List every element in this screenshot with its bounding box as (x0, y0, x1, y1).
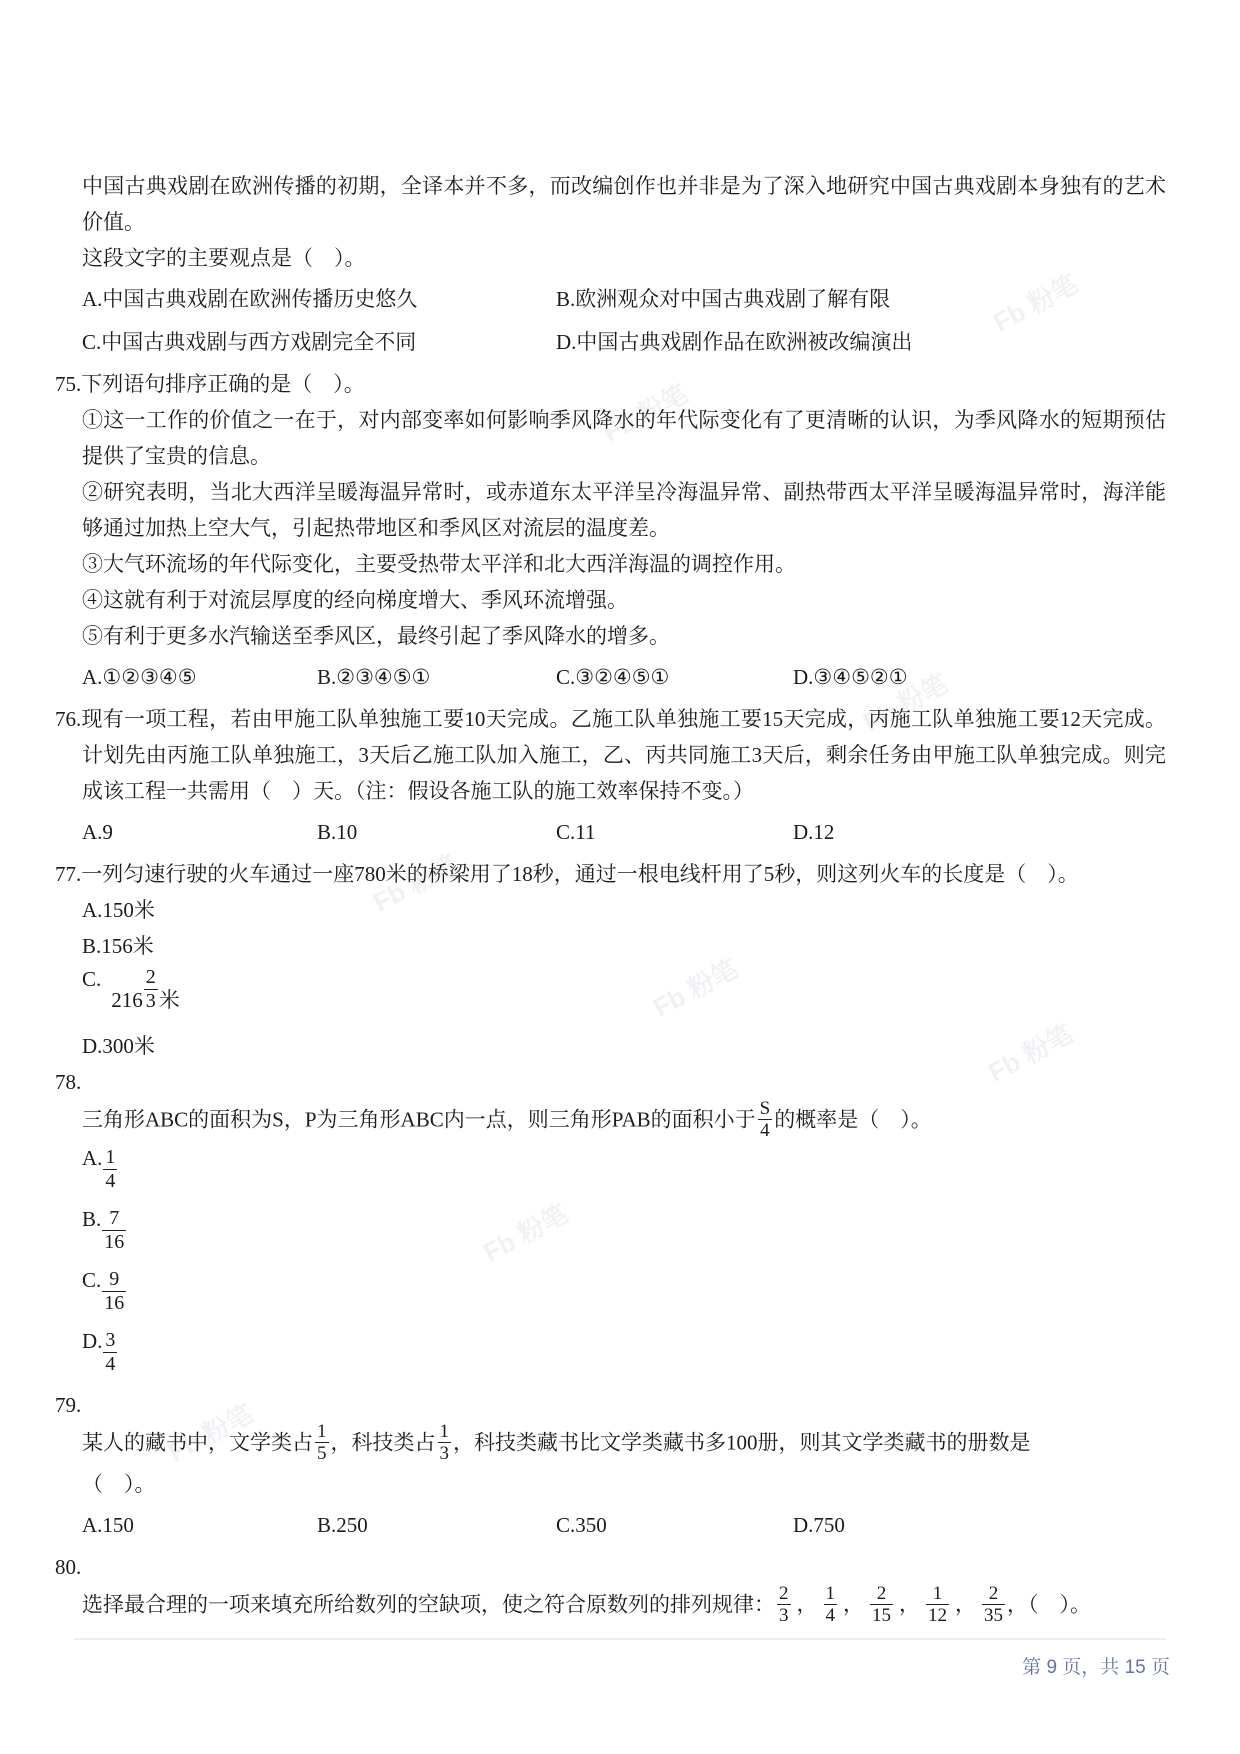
question-75-item-5: ⑤有利于更多水汽输送至季风区，最终引起了季风降水的增多。 (82, 618, 1166, 654)
fraction: 15 (315, 1421, 329, 1464)
question-75-item-2: ②研究表明，当北大西洋呈暖海温异常时，或赤道东太平洋呈冷海温异常、副热带西太平洋… (82, 474, 1166, 546)
fraction: 916 (102, 1268, 126, 1315)
question-74-stem: 中国古典戏剧在欧洲传播的初期，全译本并不多，而改编创作也并非是为了深入地研究中国… (82, 168, 1166, 240)
fraction: 14 (103, 1146, 117, 1193)
fraction: 23 (144, 966, 158, 1013)
question-75: 75.下列语句排序正确的是（ ）。 ①这一工作的价值之一在于，对内部变率如何影响… (55, 366, 1166, 701)
fraction: 14 (824, 1583, 838, 1626)
fraction: 716 (102, 1207, 126, 1254)
option-76-a: A.9 (82, 814, 317, 850)
question-77-number: 77. (55, 862, 81, 886)
option-78-d: D.34 (82, 1326, 1166, 1387)
option-76-d: D.12 (793, 814, 1166, 850)
question-79-blank: （ ）。 (82, 1466, 1166, 1502)
fraction: 23 (777, 1583, 791, 1626)
option-77-b: B.156米 (82, 928, 1166, 964)
question-74-options: A.中国古典戏剧在欧洲传播历史悠久 B.欧洲观众对中国古典戏剧了解有限 C.中国… (82, 276, 1166, 366)
option-77-d: D.300米 (82, 1028, 1166, 1064)
footer-divider (74, 1638, 1166, 1640)
document-page: Fb 粉笔 Fb 粉笔 Fb 粉笔 Fb 粉笔 Fb 粉笔 Fb 粉笔 Fb 粉… (0, 0, 1240, 1754)
option-79-b: B.250 (317, 1507, 556, 1543)
question-76: 76.现有一项工程，若由甲施工队单独施工要10天完成。乙施工队单独施工要15天完… (55, 701, 1166, 856)
option-79-d: D.750 (793, 1507, 1166, 1543)
question-78-number: 78. (55, 1064, 1166, 1100)
option-74-b: B.欧洲观众对中国古典戏剧了解有限 (556, 281, 1166, 317)
option-74-c: C.中国古典戏剧与西方戏剧完全不同 (82, 324, 556, 360)
option-78-a: A.14 (82, 1143, 1166, 1204)
fraction: S4 (758, 1098, 773, 1141)
question-75-number: 75. (55, 372, 81, 396)
option-78-b: B.716 (82, 1204, 1166, 1265)
question-80: 80. 选择最合理的一项来填充所给数列的空缺项，使之符合原数列的排列规律：23，… (55, 1549, 1166, 1628)
option-78-c: C.916 (82, 1265, 1166, 1326)
option-77-c: C. 21623米 (82, 964, 1166, 1028)
fraction: 112 (926, 1583, 949, 1626)
question-76-options: A.9 B.10 C.11 D.12 (82, 809, 1166, 856)
option-75-b: B.②③④⑤① (317, 659, 556, 695)
option-75-d: D.③④⑤②① (793, 659, 1166, 695)
question-75-item-3: ③大气环流场的年代际变化，主要受热带太平洋和北大西洋海温的调控作用。 (82, 546, 1166, 582)
page-number: 第 9 页，共 15 页 (1022, 1656, 1170, 1680)
option-75-c: C.③②④⑤① (556, 659, 793, 695)
question-75-options: A.①②③④⑤ B.②③④⑤① C.③②④⑤① D.③④⑤②① (82, 654, 1166, 701)
fraction: 13 (438, 1421, 452, 1464)
option-79-c: C.350 (556, 1507, 793, 1543)
option-74-d: D.中国古典戏剧作品在欧洲被改编演出 (556, 324, 1166, 360)
question-79-number: 79. (55, 1387, 1166, 1423)
question-74: 中国古典戏剧在欧洲传播的初期，全译本并不多，而改编创作也并非是为了深入地研究中国… (55, 168, 1166, 366)
question-79: 79. 某人的藏书中，文学类占15，科技类占13，科技类藏书比文学类藏书多100… (55, 1387, 1166, 1549)
question-76-number: 76. (55, 707, 81, 731)
question-78: 78. 三角形ABC的面积为S，P为三角形ABC内一点，则三角形PAB的面积小于… (55, 1064, 1166, 1387)
question-79-options: A.150 B.250 C.350 D.750 (82, 1502, 1166, 1549)
question-75-item-1: ①这一工作的价值之一在于，对内部变率如何影响季风降水的年代际变化有了更清晰的认识… (82, 402, 1166, 474)
option-74-a: A.中国古典戏剧在欧洲传播历史悠久 (82, 281, 556, 317)
fraction: 235 (982, 1583, 1005, 1626)
question-80-stem: 选择最合理的一项来填充所给数列的空缺项，使之符合原数列的排列规律：23，14，2… (82, 1585, 1166, 1628)
mixed-whole: 216 (111, 987, 143, 1013)
exam-content: 中国古典戏剧在欧洲传播的初期，全译本并不多，而改编创作也并非是为了深入地研究中国… (55, 168, 1166, 1628)
fraction: 215 (870, 1583, 893, 1626)
fraction: 34 (103, 1329, 117, 1376)
question-75-item-4: ④这就有利于对流层厚度的经向梯度增大、季风环流增强。 (82, 582, 1166, 618)
question-79-stem: 某人的藏书中，文学类占15，科技类占13，科技类藏书比文学类藏书多100册，则其… (82, 1423, 1166, 1466)
question-78-stem: 三角形ABC的面积为S，P为三角形ABC内一点，则三角形PAB的面积小于S4的概… (82, 1100, 1166, 1143)
question-74-prompt: 这段文字的主要观点是（ ）。 (82, 240, 1166, 276)
question-77-stem: 77.一列匀速行驶的火车通过一座780米的桥梁用了18秒，通过一根电线杆用了5秒… (55, 856, 1166, 892)
option-76-c: C.11 (556, 814, 793, 850)
option-79-a: A.150 (82, 1507, 317, 1543)
option-76-b: B.10 (317, 814, 556, 850)
question-77: 77.一列匀速行驶的火车通过一座780米的桥梁用了18秒，通过一根电线杆用了5秒… (55, 856, 1166, 1064)
question-80-number: 80. (55, 1549, 1166, 1585)
option-77-c-label: C. (82, 966, 101, 992)
option-75-a: A.①②③④⑤ (82, 659, 317, 695)
question-75-prompt: 75.下列语句排序正确的是（ ）。 (55, 366, 1166, 402)
mixed-number: 21623米 (111, 966, 180, 1013)
unit-label: 米 (159, 987, 180, 1013)
question-76-stem: 76.现有一项工程，若由甲施工队单独施工要10天完成。乙施工队单独施工要15天完… (55, 701, 1166, 809)
option-77-a: A.150米 (82, 892, 1166, 928)
